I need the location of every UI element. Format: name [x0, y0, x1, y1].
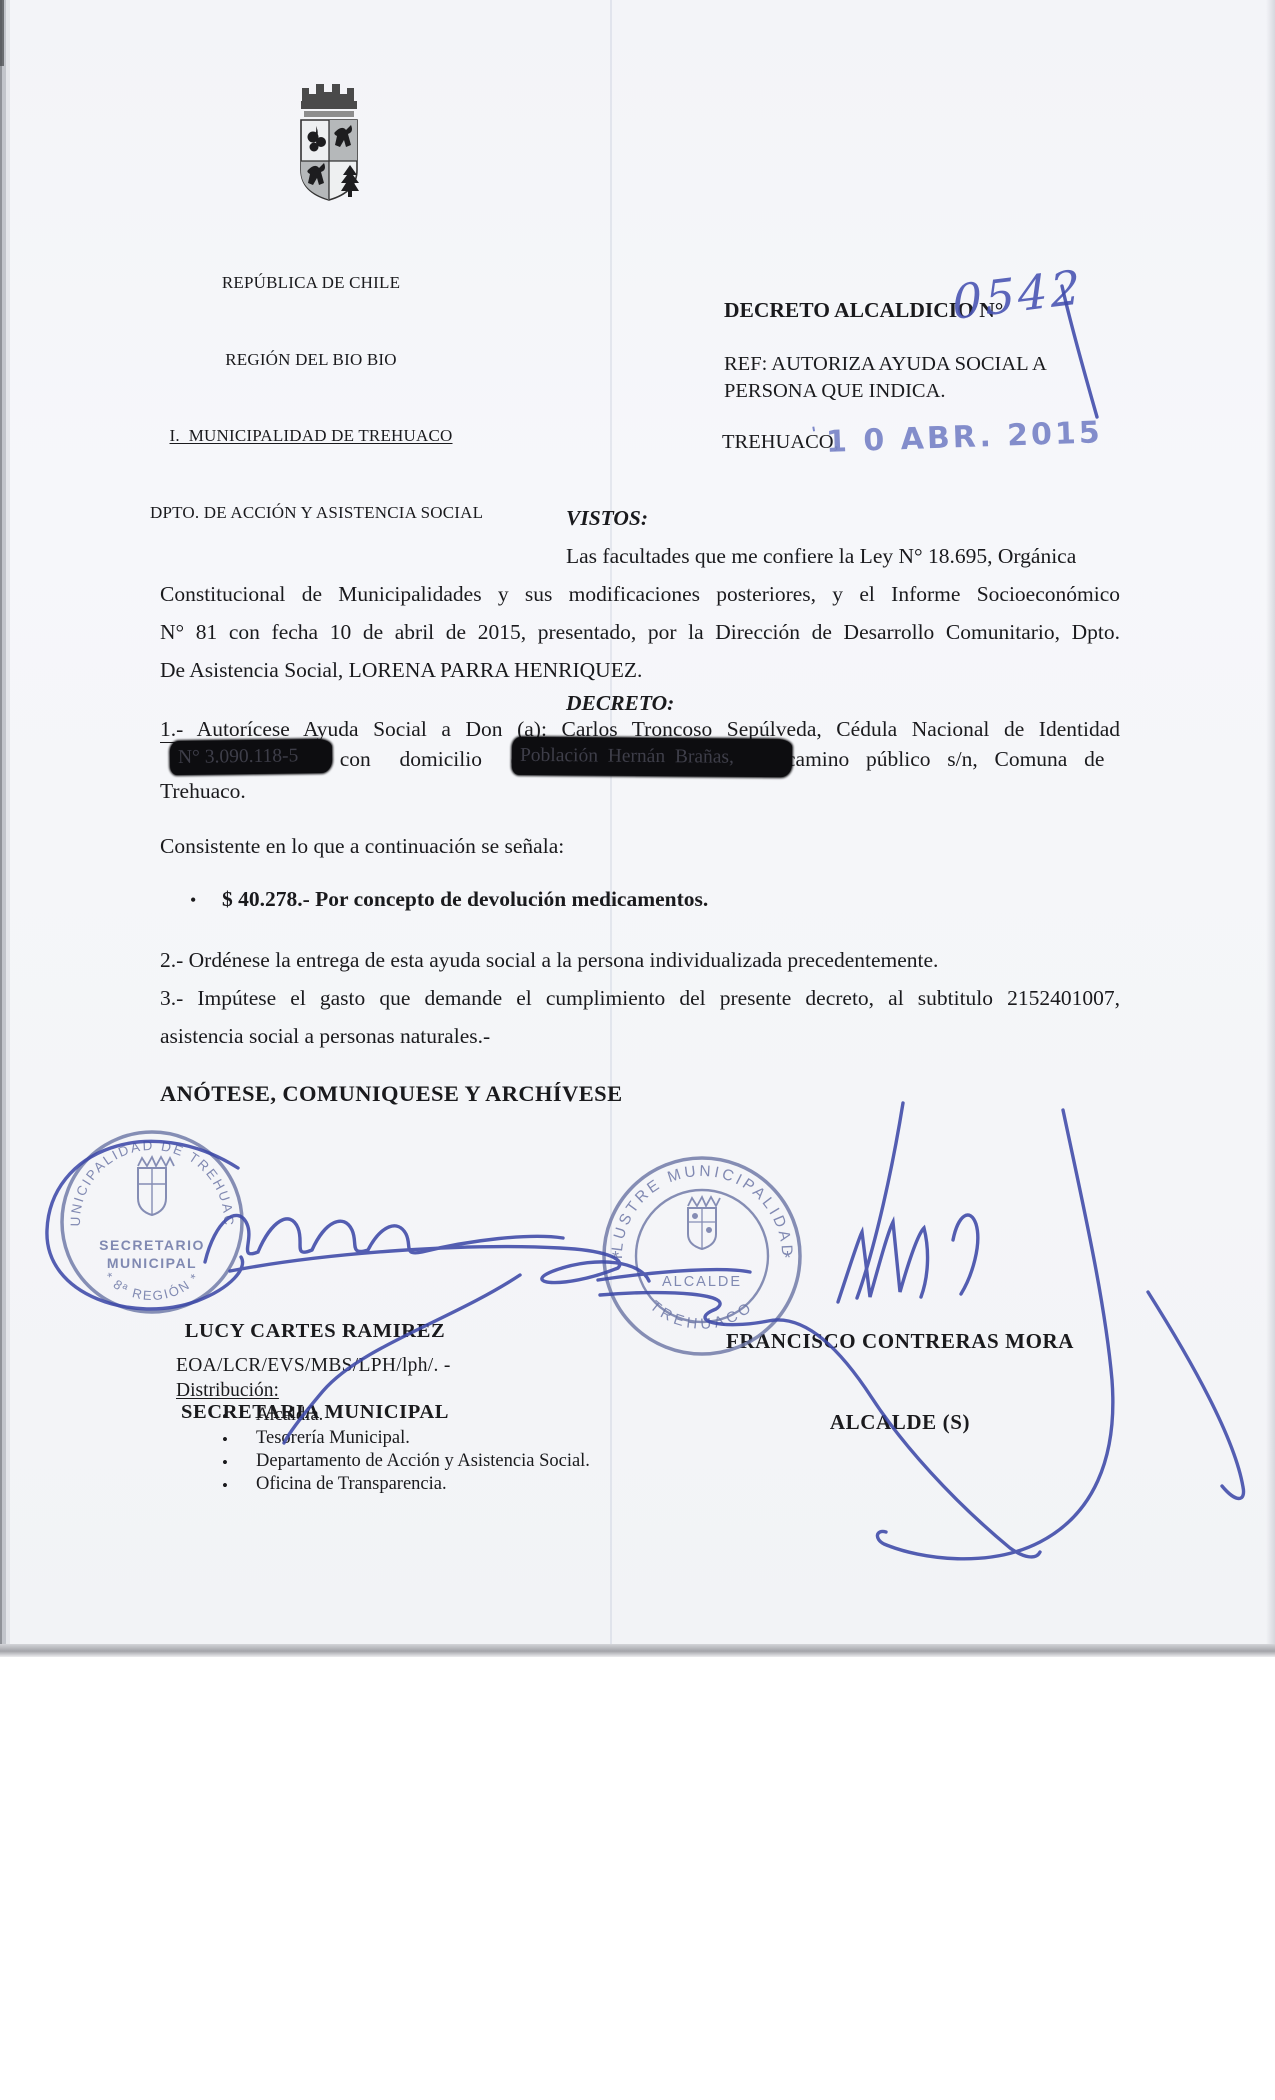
- place-line: TREHUACO,: [722, 430, 839, 455]
- decree-item-3-line-2: asistencia social a personas naturales.-: [160, 1023, 490, 1049]
- right-stamp-arc-bottom: TREHUACO: [647, 1298, 758, 1333]
- left-stamp-center-2: MUNICIPAL: [107, 1255, 197, 1271]
- footer-initials: EOA/LCR/EVS/MBS/LPH/lph/. -: [176, 1354, 451, 1378]
- left-stamp-arc-bottom: * 8ª REGIÓN *: [101, 1269, 203, 1303]
- secretaria-municipal-stamp: MUNICIPALIDAD DE TREHUACO * 8ª REGIÓN * …: [46, 1116, 258, 1328]
- letterhead-region: REGIÓN DEL BIO BIO: [150, 347, 472, 373]
- decree-item-2: 2.- Ordénese la entrega de esta ayuda so…: [160, 947, 938, 973]
- decree-item-3-line-1: 3.- Impútese el gasto que demande el cum…: [160, 985, 1120, 1011]
- right-signatory-title: ALCALDE (S): [718, 1409, 1082, 1436]
- distribution-item: Alcaldía.: [256, 1404, 323, 1427]
- svg-text:TREHUACO: TREHUACO: [647, 1298, 758, 1333]
- redaction-bar-identity: N° 3.090.118-5: [170, 739, 332, 775]
- vistos-heading: VISTOS:: [566, 505, 648, 531]
- bullet-dot: •: [190, 890, 196, 912]
- scan-left-edge: [0, 0, 10, 1652]
- vistos-line-4: De Asistencia Social, LORENA PARRA HENRI…: [160, 657, 642, 683]
- right-stamp-star-right: *: [784, 1248, 791, 1268]
- bullet-amount-line: $ 40.278.- Por concepto de devolución me…: [222, 886, 708, 912]
- item1-middle-text: , con domicilio en: [320, 746, 531, 772]
- right-stamp-star-left: *: [612, 1248, 619, 1268]
- item1-line-3: Trehuaco.: [160, 778, 246, 804]
- fold-line: [610, 0, 612, 1650]
- item1-line2-rest: camino público s/n, Comuna de: [786, 746, 1104, 772]
- redacted-identity-text: N° 3.090.118-5: [178, 745, 299, 769]
- left-stamp-center-1: SECRETARIO: [99, 1237, 205, 1253]
- letterhead-department: DPTO. DE ACCIÓN Y ASISTENCIA SOCIAL: [150, 500, 472, 526]
- consistente-line: Consistente en lo que a continuación se …: [160, 833, 564, 859]
- alcalde-stamp: ILUSTRE MUNICIPALIDAD TREHUACO ALCALDE *…: [590, 1136, 814, 1376]
- scan-right-edge: [1266, 0, 1275, 1652]
- distribution-item: Departamento de Acción y Asistencia Soci…: [256, 1450, 590, 1473]
- distribution-bullet: •: [222, 1407, 228, 1428]
- ref-line-1: REF: AUTORIZA AYUDA SOCIAL A: [724, 352, 1047, 377]
- distribution-bullet: •: [222, 1453, 228, 1474]
- distribution-item: Oficina de Transparencia.: [256, 1473, 447, 1496]
- letterhead: REPÚBLICA DE CHILE REGIÓN DEL BIO BIO I.…: [150, 219, 472, 576]
- distribution-item: Tesorería Municipal.: [256, 1427, 410, 1450]
- svg-text:* 8ª REGIÓN *: * 8ª REGIÓN *: [101, 1269, 203, 1303]
- ref-line-2: PERSONA QUE INDICA.: [724, 379, 946, 404]
- redacted-address-text: Población Hernán Brañas,: [520, 745, 734, 769]
- distribution-bullet: •: [222, 1430, 228, 1451]
- paper-bottom-edge: [0, 1644, 1275, 1657]
- letterhead-municipality: I. MUNICIPALIDAD DE TREHUACO: [150, 423, 472, 449]
- vistos-line-2: Constitucional de Municipalidades y sus …: [160, 581, 1120, 607]
- scanned-decree-page: REPÚBLICA DE CHILE REGIÓN DEL BIO BIO I.…: [0, 0, 1275, 2100]
- letterhead-country: REPÚBLICA DE CHILE: [150, 270, 472, 296]
- redaction-bar-address: Población Hernán Brañas,: [512, 737, 792, 777]
- vistos-line-3: N° 81 con fecha 10 de abril de 2015, pre…: [160, 619, 1120, 645]
- distribution-label: Distribución:: [176, 1379, 279, 1403]
- vistos-line-1: Las facultades que me confiere la Ley N°…: [566, 543, 1076, 569]
- scan-corner-mark: [0, 0, 4, 66]
- decreto-heading: DECRETO:: [566, 690, 674, 716]
- item1-line1-rest: Ayuda Social a Don (a): Carlos Troncoso …: [290, 717, 1120, 741]
- right-stamp-center: ALCALDE: [662, 1274, 742, 1290]
- municipal-coat-of-arms-icon: [288, 74, 370, 206]
- closing-line: ANÓTESE, COMUNIQUESE Y ARCHÍVESE: [160, 1080, 622, 1107]
- distribution-bullet: •: [222, 1476, 228, 1497]
